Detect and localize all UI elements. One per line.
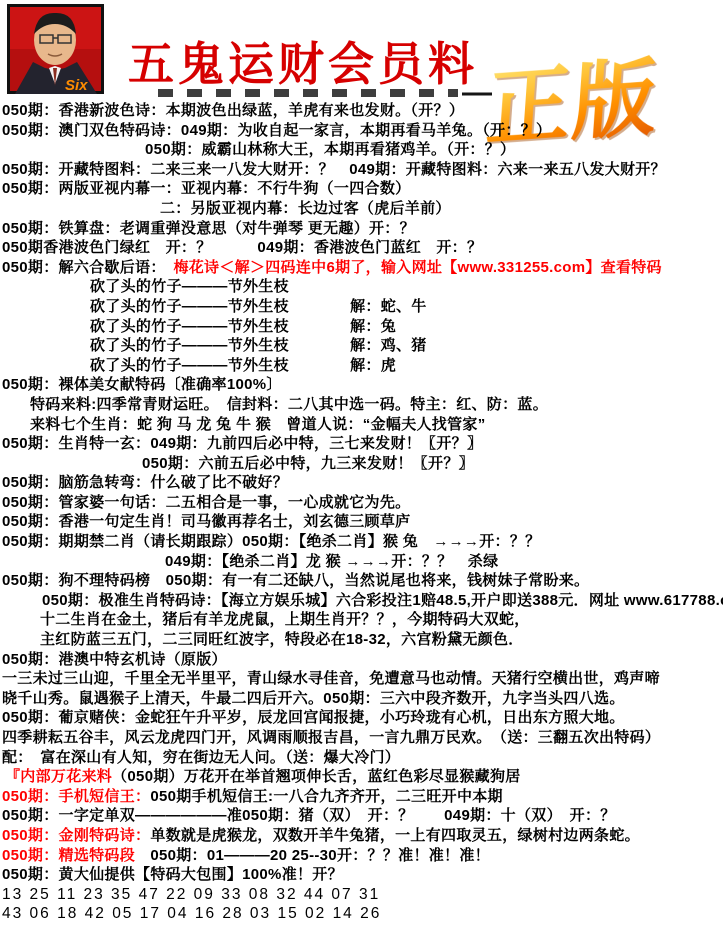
text-segment: 砍了头的竹子———节外生枝 解：兔: [90, 318, 396, 335]
text-line: 050期：铁算盘：老调重弹没意思（对牛弹琴 更无趣）开：？: [2, 219, 723, 239]
text-line: 049期：【绝杀二肖】龙 猴 →→→开：？？ 杀绿: [2, 552, 723, 572]
text-segment: 050期：极准生肖特码诗：【海立方娱乐城】六合彩投注1赔48.5,开户即送388…: [42, 592, 723, 609]
text-segment: 050期：澳门双色特码诗：049期：为收自起一家言，本期再看马羊兔。（开：？）: [2, 122, 551, 139]
text-line: 砍了头的竹子———节外生枝 解：鸡、猪: [2, 336, 723, 356]
text-segment: 050期：黄大仙提供【特码大包围】100%准！开？: [2, 866, 343, 883]
text-segment: （050期）万花开在举首翘项伸长舌，蓝红色彩尽显猴藏狗居: [112, 768, 520, 785]
text-segment: 二：另版亚视内幕：长边过客（虎后羊前）: [160, 200, 451, 217]
text-line: 十二生肖在金土，猪后有羊龙虎鼠，上期生肖开？？，今期特码大双蛇，: [2, 610, 723, 630]
text-segment: 43 06 18 42 05 17 04 16 28 03 15 02 14 2…: [2, 905, 381, 922]
text-segment: 050期：管家婆一句话：二五相合是一事，一心成就它为先。: [2, 494, 410, 511]
text-segment: 050期：两版亚视内幕一：亚视内幕：不行牛狗（一四合数）: [2, 180, 410, 197]
text-line: 砍了头的竹子———节外生枝 解：兔: [2, 317, 723, 337]
text-segment: 050期：铁算盘：老调重弹没意思（对牛弹琴 更无趣）开：？: [2, 220, 415, 237]
portrait-photo: Six: [7, 4, 104, 94]
text-segment: 砍了头的竹子———节外生枝: [90, 278, 289, 295]
text-segment: 050期：一字定单双——————准050期：猪（双） 开：？ 049期：十（双）…: [2, 807, 616, 824]
text-segment: 砍了头的竹子———节外生枝 解：蛇、牛: [90, 298, 427, 315]
text-segment: 050期：港澳中特玄机诗（原版）: [2, 651, 227, 668]
text-segment: 050期：脑筋急转弯：什么破了比不破好？: [2, 474, 288, 491]
text-line: 050期香港波色门绿红 开：？ 049期：香港波色门蓝红 开：？: [2, 238, 723, 258]
text-segment: 050期：威霸山林称大王，本期再看猪鸡羊。（开：？）: [145, 141, 515, 158]
text-line: 050期：六前五后必中特，九三来发财！〖开？〗: [2, 454, 723, 474]
text-segment: 050期：解六合歇后语：: [2, 259, 173, 276]
text-segment: 砍了头的竹子———节外生枝 解：虎: [90, 357, 396, 374]
text-segment: 特码来料:四季常青财运旺。 信封料：二八其中选一码。特主：红、防：蓝。: [30, 396, 548, 413]
text-line: 主红防蓝三五门，二三同旺红波字，特段必在18-32，六宫粉黛无颜色．: [2, 630, 723, 650]
text-line: 050期：金刚特码诗：单数就是虎猴龙，双数开羊牛兔猪，一上有四取灵五，绿树村边两…: [2, 826, 723, 846]
content-lines: 050期：香港新波色诗：本期波色出绿蓝，羊虎有来也发财。（开？）050期：澳门双…: [2, 101, 723, 924]
text-line: 050期：威霸山林称大王，本期再看猪鸡羊。（开：？）: [2, 140, 723, 160]
text-segment: 050期：香港新波色诗：本期波色出绿蓝，羊虎有来也发财。（开？）: [2, 102, 464, 119]
text-line: 砍了头的竹子———节外生枝 解：蛇、牛: [2, 297, 723, 317]
text-line: 一三未过三山迎，千里全无半里平，青山绿水寻佳音，免遭意马也动情。天猪行空横出世，…: [2, 669, 723, 689]
text-segment: 050期：六前五后必中特，九三来发财！〖开？〗: [142, 455, 474, 472]
text-segment: 四季耕耘五谷丰，风云龙虎四门开，风调雨顺报吉昌，一言九鼎万民欢。 （送：三翻五次…: [2, 729, 660, 746]
text-line: 『内部万花来料（050期）万花开在举首翘项伸长舌，蓝红色彩尽显猴藏狗居: [2, 767, 723, 787]
text-line: 050期：两版亚视内幕一：亚视内幕：不行牛狗（一四合数）: [2, 179, 723, 199]
text-line: 二：另版亚视内幕：长边过客（虎后羊前）: [2, 199, 723, 219]
text-segment: 主红防蓝三五门，二三同旺红波字，特段必在18-32，六宫粉黛无颜色．: [40, 631, 524, 648]
text-segment: 13 25 11 23 35 47 22 09 33 08 32 44 07 3…: [2, 886, 380, 903]
text-line: 050期：开藏特图料：二来三来一八发大财开：？ 049期：开藏特图料：六来一来五…: [2, 160, 723, 180]
text-segment: 050期：香港一句定生肖！司马徽再荐名士，刘玄德三顾草庐: [2, 513, 410, 530]
text-line: 050期：香港一句定生肖！司马徽再荐名士，刘玄德三顾草庐: [2, 512, 723, 532]
text-segment: 050期：葡京赌侠：金蛇狂午升平岁，辰龙回宫闻报捷，小巧玲珑有心机，日出东方照大…: [2, 709, 625, 726]
text-segment: 一三未过三山迎，千里全无半里平，青山绿水寻佳音，免遭意马也动情。天猪行空横出世，…: [2, 670, 660, 687]
text-segment: 050期：狗不理特码榜 050期：有一有二还缺八，当然说尾也将来，钱树妹子常盼来…: [2, 572, 589, 589]
portrait-photo-image: Six: [7, 4, 104, 94]
text-segment: 『内部万花来料: [5, 768, 112, 785]
text-line: 050期：葡京赌侠：金蛇狂午升平岁，辰龙回宫闻报捷，小巧玲珑有心机，日出东方照大…: [2, 708, 723, 728]
text-segment: 晓千山秀。鼠遇猴子上清天，牛最二四后开六。050期：三六中段齐数开，九字当头四八…: [2, 690, 625, 707]
text-segment: 050期：生肖特一玄：049期：九前四后必中特，三七来发财！〖开？〗: [2, 435, 482, 452]
text-segment: 来料七个生肖：蛇 狗 马 龙 兔 牛 猴 曾道人说：“金幅夫人找管家”: [30, 416, 486, 433]
text-line: 四季耕耘五谷丰，风云龙虎四门开，风调雨顺报吉昌，一言九鼎万民欢。 （送：三翻五次…: [2, 728, 723, 748]
text-line: 050期：香港新波色诗：本期波色出绿蓝，羊虎有来也发财。（开？）: [2, 101, 723, 121]
text-line: 13 25 11 23 35 47 22 09 33 08 32 44 07 3…: [2, 885, 723, 905]
text-segment: 050期：01———20 25--30开：？？准！准！准！: [150, 847, 490, 864]
text-line: 050期：裸体美女献特码〔准确率100%〕: [2, 375, 723, 395]
text-line: 050期：脑筋急转弯：什么破了比不破好？: [2, 473, 723, 493]
text-line: 050期：管家婆一句话：二五相合是一事，一心成就它为先。: [2, 493, 723, 513]
photo-caption: Six: [65, 77, 88, 94]
text-segment: 单数就是虎猴龙，双数开羊牛兔猪，一上有四取灵五，绿树村边两条蛇。: [150, 827, 640, 844]
text-line: 050期：精选特码段 050期：01———20 25--30开：？？准！准！准！: [2, 846, 723, 866]
page: Six 五鬼运财会员料 — 正版 050期：香港新波色诗：本期波色出绿蓝，羊虎有…: [0, 0, 723, 929]
obscured-text-fragments: [158, 89, 458, 97]
text-line: 050期：澳门双色特码诗：049期：为收自起一家言，本期再看马羊兔。（开：？）: [2, 121, 723, 141]
text-segment: 050期：手机短信王：: [2, 788, 150, 805]
text-line: 晓千山秀。鼠遇猴子上清天，牛最二四后开六。050期：三六中段齐数开，九字当头四八…: [2, 689, 723, 709]
text-line: 050期：期期禁二肖（请长期跟踪）050期：【绝杀二肖】猴 兔 →→→开：？？: [2, 532, 723, 552]
text-line: 050期：港澳中特玄机诗（原版）: [2, 650, 723, 670]
text-line: 050期：生肖特一玄：049期：九前四后必中特，三七来发财！〖开？〗: [2, 434, 723, 454]
text-line: 050期：一字定单双——————准050期：猪（双） 开：？ 049期：十（双）…: [2, 806, 723, 826]
page-title: 五鬼运财会员料: [128, 28, 478, 94]
text-segment: 050期：精选特码段: [2, 847, 150, 864]
text-segment: 砍了头的竹子———节外生枝 解：鸡、猪: [90, 337, 427, 354]
text-line: 来料七个生肖：蛇 狗 马 龙 兔 牛 猴 曾道人说：“金幅夫人找管家”: [2, 415, 723, 435]
text-line: 43 06 18 42 05 17 04 16 28 03 15 02 14 2…: [2, 904, 723, 924]
text-line: 050期：狗不理特码榜 050期：有一有二还缺八，当然说尾也将来，钱树妹子常盼来…: [2, 571, 723, 591]
text-segment: 十二生肖在金土，猪后有羊龙虎鼠，上期生肖开？？，今期特码大双蛇，: [40, 611, 530, 628]
text-line: 050期：手机短信王：050期手机短信王:一八合九齐齐开，二三旺开中本期: [2, 787, 723, 807]
text-segment: 050期手机短信王:一八合九齐齐开，二三旺开中本期: [150, 788, 503, 805]
text-line: 配： 富在深山有人知，穷在街边无人问。（送：爆大冷门）: [2, 748, 723, 768]
text-segment: 050期：期期禁二肖（请长期跟踪）050期：【绝杀二肖】猴 兔 →→→开：？？: [2, 533, 540, 550]
text-line: 砍了头的竹子———节外生枝: [2, 277, 723, 297]
text-segment: 050期：开藏特图料：二来三来一八发大财开：？ 049期：开藏特图料：六来一来五…: [2, 161, 666, 178]
text-line: 特码来料:四季常青财运旺。 信封料：二八其中选一码。特主：红、防：蓝。: [2, 395, 723, 415]
text-segment: 050期香港波色门绿红 开：？ 049期：香港波色门蓝红 开：？: [2, 239, 482, 256]
text-line: 砍了头的竹子———节外生枝 解：虎: [2, 356, 723, 376]
text-line: 050期：黄大仙提供【特码大包围】100%准！开？: [2, 865, 723, 885]
text-segment: 050期：裸体美女献特码〔准确率100%〕: [2, 376, 282, 393]
text-segment: 050期：金刚特码诗：: [2, 827, 150, 844]
text-segment: 049期：【绝杀二肖】龙 猴 →→→开：？？ 杀绿: [165, 553, 498, 570]
text-line: 050期：解六合歇后语： 梅花诗＜解＞四码连中6期了，输入网址【www.3312…: [2, 258, 723, 278]
text-line: 050期：极准生肖特码诗：【海立方娱乐城】六合彩投注1赔48.5,开户即送388…: [2, 591, 723, 611]
text-segment: 配： 富在深山有人知，穷在街边无人问。（送：爆大冷门）: [2, 749, 400, 766]
text-segment: 梅花诗＜解＞四码连中6期了，输入网址【www.331255.com】查看特码: [173, 259, 661, 276]
